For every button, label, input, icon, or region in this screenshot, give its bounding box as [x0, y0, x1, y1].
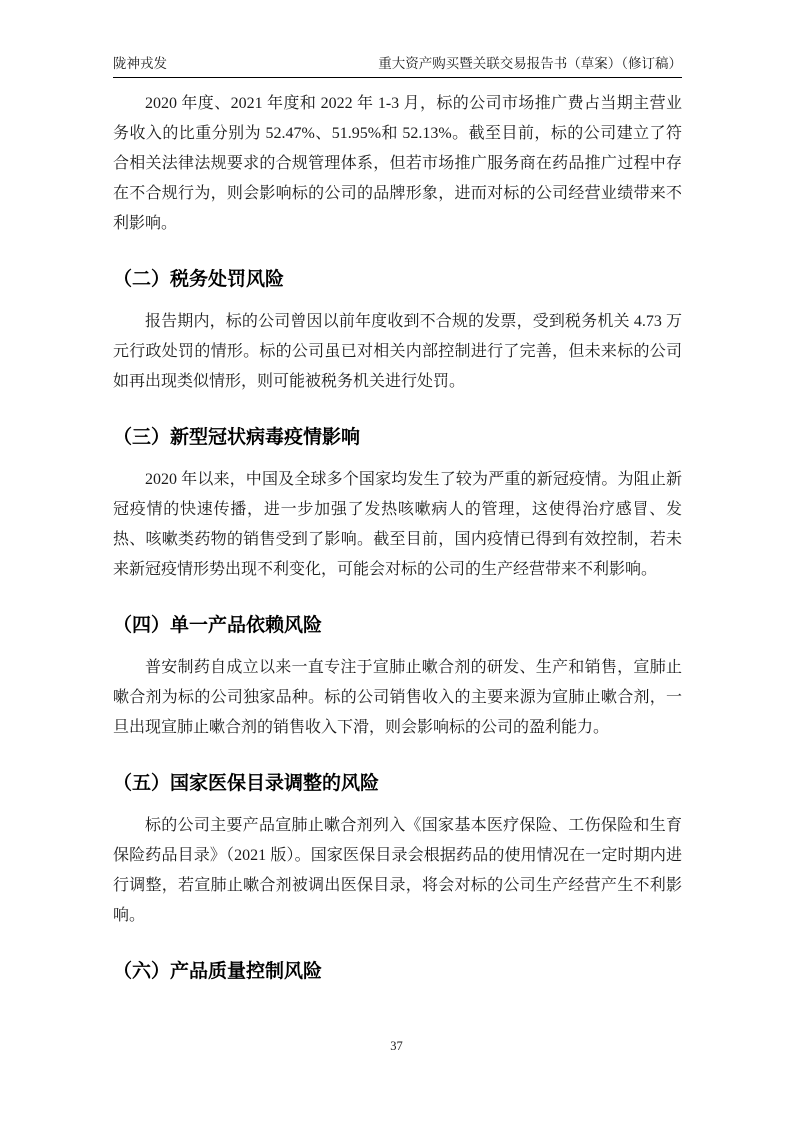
section-paragraph-medical-insurance-catalog-risk: 标的公司主要产品宣肺止嗽合剂列入《国家基本医疗保险、工伤保险和生育保险药品目录》… — [113, 811, 682, 931]
section-heading-medical-insurance-catalog-risk: （五）国家医保目录调整的风险 — [113, 770, 682, 797]
header-company-name: 陇神戎发 — [113, 52, 167, 72]
section-heading-single-product-risk: （四）单一产品依赖风险 — [113, 612, 682, 639]
page-footer: 37 — [0, 1039, 793, 1054]
page-header: 陇神戎发 重大资产购买暨关联交易报告书（草案）（修订稿） — [113, 52, 682, 78]
section-paragraph-single-product-risk: 普安制药自成立以来一直专注于宣肺止嗽合剂的研发、生产和销售，宣肺止嗽合剂为标的公… — [113, 653, 682, 743]
header-report-title: 重大资产购买暨关联交易报告书（草案）（修订稿） — [378, 52, 682, 72]
page-number: 37 — [390, 1039, 403, 1053]
section-heading-covid-impact: （三）新型冠状病毒疫情影响 — [113, 424, 682, 451]
intro-paragraph: 2020 年度、2021 年度和 2022 年 1-3 月，标的公司市场推广费占… — [113, 89, 682, 239]
section-heading-product-quality-risk: （六）产品质量控制风险 — [113, 958, 682, 985]
section-heading-tax-penalty-risk: （二）税务处罚风险 — [113, 266, 682, 293]
section-paragraph-covid-impact: 2020 年以来，中国及全球多个国家均发生了较为严重的新冠疫情。为阻止新冠疫情的… — [113, 465, 682, 585]
report-page: 陇神戎发 重大资产购买暨关联交易报告书（草案）（修订稿） 2020 年度、202… — [0, 0, 793, 1122]
section-paragraph-tax-penalty-risk: 报告期内，标的公司曾因以前年度收到不合规的发票，受到税务机关 4.73 万元行政… — [113, 307, 682, 397]
page-content: 2020 年度、2021 年度和 2022 年 1-3 月，标的公司市场推广费占… — [113, 89, 682, 999]
